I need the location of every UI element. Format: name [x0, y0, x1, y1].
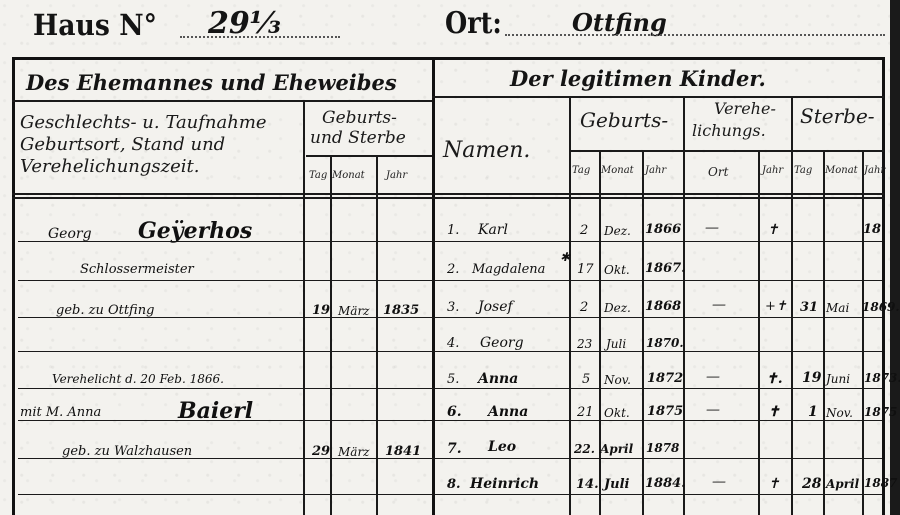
col-divider-marriage: [791, 96, 793, 515]
child-8-name: Heinrich: [470, 476, 539, 492]
col-divider-birth: [683, 96, 685, 515]
child-7-birth-day: 22.: [574, 442, 595, 456]
child-8-birth-day: 14.: [576, 477, 599, 492]
sub-monat: Monat: [332, 170, 365, 181]
col-dates-title-2: und Sterbe: [310, 128, 406, 149]
wife-surname: Baierl: [178, 398, 253, 424]
right-title-underline: [432, 96, 884, 98]
husband-surname: Geÿerhos: [138, 218, 252, 244]
child-8-no: 8.: [447, 477, 461, 492]
child-6-birth-year: 1875: [647, 404, 683, 419]
child-6-birth-month: Okt.: [604, 406, 630, 420]
wife-name: mit M. Anna: [20, 405, 101, 420]
child-8-marriage-place: —: [712, 474, 726, 490]
child-7-name: Leo: [488, 439, 516, 455]
child-2-birth-year: 1867.: [645, 261, 686, 276]
child-1-cross-icon: ✝: [767, 222, 779, 238]
child-2-no: 2.: [447, 262, 459, 277]
col-marriage-label-1: Verehe-: [714, 98, 776, 119]
header-rule-2: [12, 197, 884, 199]
child-1-name: Karl: [478, 222, 508, 238]
wife-birth-day: 29: [312, 444, 330, 459]
child-1-birth-month: Dez.: [604, 224, 631, 238]
child-3-death-day: 31: [800, 300, 818, 315]
child-8-death-year: 1887: [864, 476, 897, 490]
child-6-no: 6.: [447, 404, 462, 420]
right-section-title: Der legitimen Kinder.: [510, 66, 766, 91]
child-4-name: Georg: [480, 335, 524, 351]
frame-right: [882, 57, 885, 515]
child-4-birth-year: 1870.: [646, 336, 684, 350]
child-6-death-day: 1: [808, 404, 818, 420]
sub-b-tag: Tag: [572, 165, 590, 176]
child-5-death-day: 19: [802, 370, 821, 386]
child-5-death-year: 1873.: [864, 371, 900, 385]
page-edge: [890, 0, 900, 515]
ort-value: Ottfing: [572, 8, 667, 37]
sub-tag: Tag: [309, 170, 327, 181]
child-1-death-year: 18: [863, 222, 881, 237]
child-8-cross-icon: ✝: [768, 476, 780, 492]
child-8-birth-year: 1884.: [645, 476, 686, 491]
sub-b-monat: Monat: [601, 165, 634, 176]
child-4-birth-month: Juli: [606, 337, 626, 351]
sub-d-jahr: Jahr: [864, 165, 885, 176]
col-divider-m-ort: [758, 150, 760, 515]
child-3-cross-icon: +✝: [765, 299, 787, 314]
wife-birth-month: März: [338, 445, 370, 459]
section-divider: [432, 57, 435, 515]
col-main-line1: Geschlechts- u. Taufnahme: [20, 112, 267, 133]
sub-d-tag: Tag: [794, 165, 812, 176]
child-3-name: Josef: [478, 299, 513, 315]
child-6-death-year: 1875: [864, 405, 897, 419]
sub-b-jahr: Jahr: [645, 165, 666, 176]
child-7-no: 7.: [447, 441, 462, 457]
header-rule-1: [12, 193, 884, 195]
child-2-mark-icon: ✱: [560, 250, 570, 264]
ort-label: Ort:: [445, 6, 502, 41]
child-6-name: Anna: [488, 404, 528, 420]
row-line: [18, 280, 882, 281]
child-3-birth-year: 1868: [645, 299, 681, 314]
child-1-no: 1.: [447, 223, 459, 238]
child-5-birth-year: 1872: [647, 371, 683, 386]
child-8-birth-month: Juli: [604, 477, 629, 492]
sub-m-jahr: Jahr: [762, 165, 783, 176]
col-marriage-label-2: lichungs.: [692, 120, 766, 141]
child-8-death-day: 28: [802, 476, 821, 492]
child-6-birth-day: 21: [577, 405, 594, 420]
child-5-marriage-place: —: [706, 369, 720, 385]
col-divider-b-monat: [642, 150, 644, 515]
child-5-birth-month: Nov.: [604, 373, 631, 387]
col-divider-tag: [330, 155, 332, 515]
child-3-birth-month: Dez.: [604, 301, 631, 315]
child-3-marriage-place: —: [712, 297, 726, 313]
left-section-title: Des Ehemannes und Eheweibes: [26, 70, 397, 95]
child-5-birth-day: 5: [582, 372, 590, 387]
husband-first-name: Georg: [48, 226, 92, 242]
husband-birthplace: geb. zu Ottfing: [56, 303, 154, 318]
child-5-no: 5.: [447, 372, 459, 387]
col-death-label: Sterbe-: [800, 106, 875, 127]
frame-top: [12, 57, 884, 60]
col-divider-main: [303, 100, 305, 515]
child-3-death-month: Mai: [826, 301, 849, 315]
child-1-birth-year: 1866: [645, 222, 681, 237]
child-6-marriage-place: —: [706, 402, 720, 418]
sub-d-monat: Monat: [825, 165, 858, 176]
husband-birth-year: 1835: [383, 303, 419, 318]
row-line: [18, 494, 882, 495]
husband-occupation: Schlossermeister: [80, 262, 194, 277]
child-5-cross-icon: ✝.: [766, 371, 783, 387]
col-main-line2: Geburtsort, Stand und: [20, 134, 225, 155]
col-main-line3: Verehelichungszeit.: [20, 156, 199, 177]
dates-subheader-line: [306, 155, 432, 157]
col-divider-b-tag: [599, 150, 601, 515]
child-4-no: 4.: [447, 336, 459, 351]
right-subheader-line: [570, 150, 884, 152]
child-3-no: 3.: [447, 300, 459, 315]
child-5-name: Anna: [478, 371, 518, 387]
child-6-cross-icon: ✝: [768, 404, 780, 420]
child-2-name: Magdalena: [472, 262, 545, 277]
child-1-marriage-place: —: [705, 220, 719, 236]
child-2-birth-day: 17: [577, 262, 594, 277]
col-names-label: Namen.: [443, 140, 530, 161]
wife-birth-year: 1841: [385, 444, 421, 459]
frame-left: [12, 57, 15, 515]
child-2-birth-month: Okt.: [604, 263, 630, 277]
child-8-death-month: April: [826, 477, 859, 491]
col-divider-monat: [376, 155, 378, 515]
child-7-birth-year: 1878: [646, 441, 679, 455]
child-3-birth-day: 2: [580, 300, 588, 315]
col-divider-d-monat: [862, 150, 864, 515]
child-1-birth-day: 2: [580, 223, 588, 238]
row-line: [18, 388, 882, 389]
row-line: [18, 420, 882, 421]
haus-dotted-line: [180, 36, 340, 38]
child-5-death-month: Juni: [826, 372, 850, 386]
row-line: [18, 351, 882, 352]
col-dates-title-1: Geburts-: [322, 108, 397, 129]
child-6-death-month: Nov.: [826, 406, 853, 420]
sub-jahr: Jahr: [386, 170, 407, 181]
sub-m-ort: Ort: [708, 165, 728, 179]
wife-birthplace: geb. zu Walzhausen: [62, 444, 192, 459]
col-birth-label: Geburts-: [580, 110, 668, 131]
child-7-birth-month: April: [600, 442, 633, 456]
col-divider-d-tag: [823, 150, 825, 515]
child-3-death-year: 1869.: [862, 300, 900, 314]
marriage-note: Verehelicht d. 20 Feb. 1866.: [52, 372, 224, 386]
ort-dotted-line: [505, 34, 885, 36]
child-4-birth-day: 23: [577, 337, 592, 351]
husband-birth-month: März: [338, 304, 370, 318]
haus-label: Haus N°: [33, 8, 157, 42]
left-title-underline: [12, 100, 432, 102]
col-divider-names: [569, 96, 571, 515]
husband-birth-day: 19: [312, 303, 330, 318]
